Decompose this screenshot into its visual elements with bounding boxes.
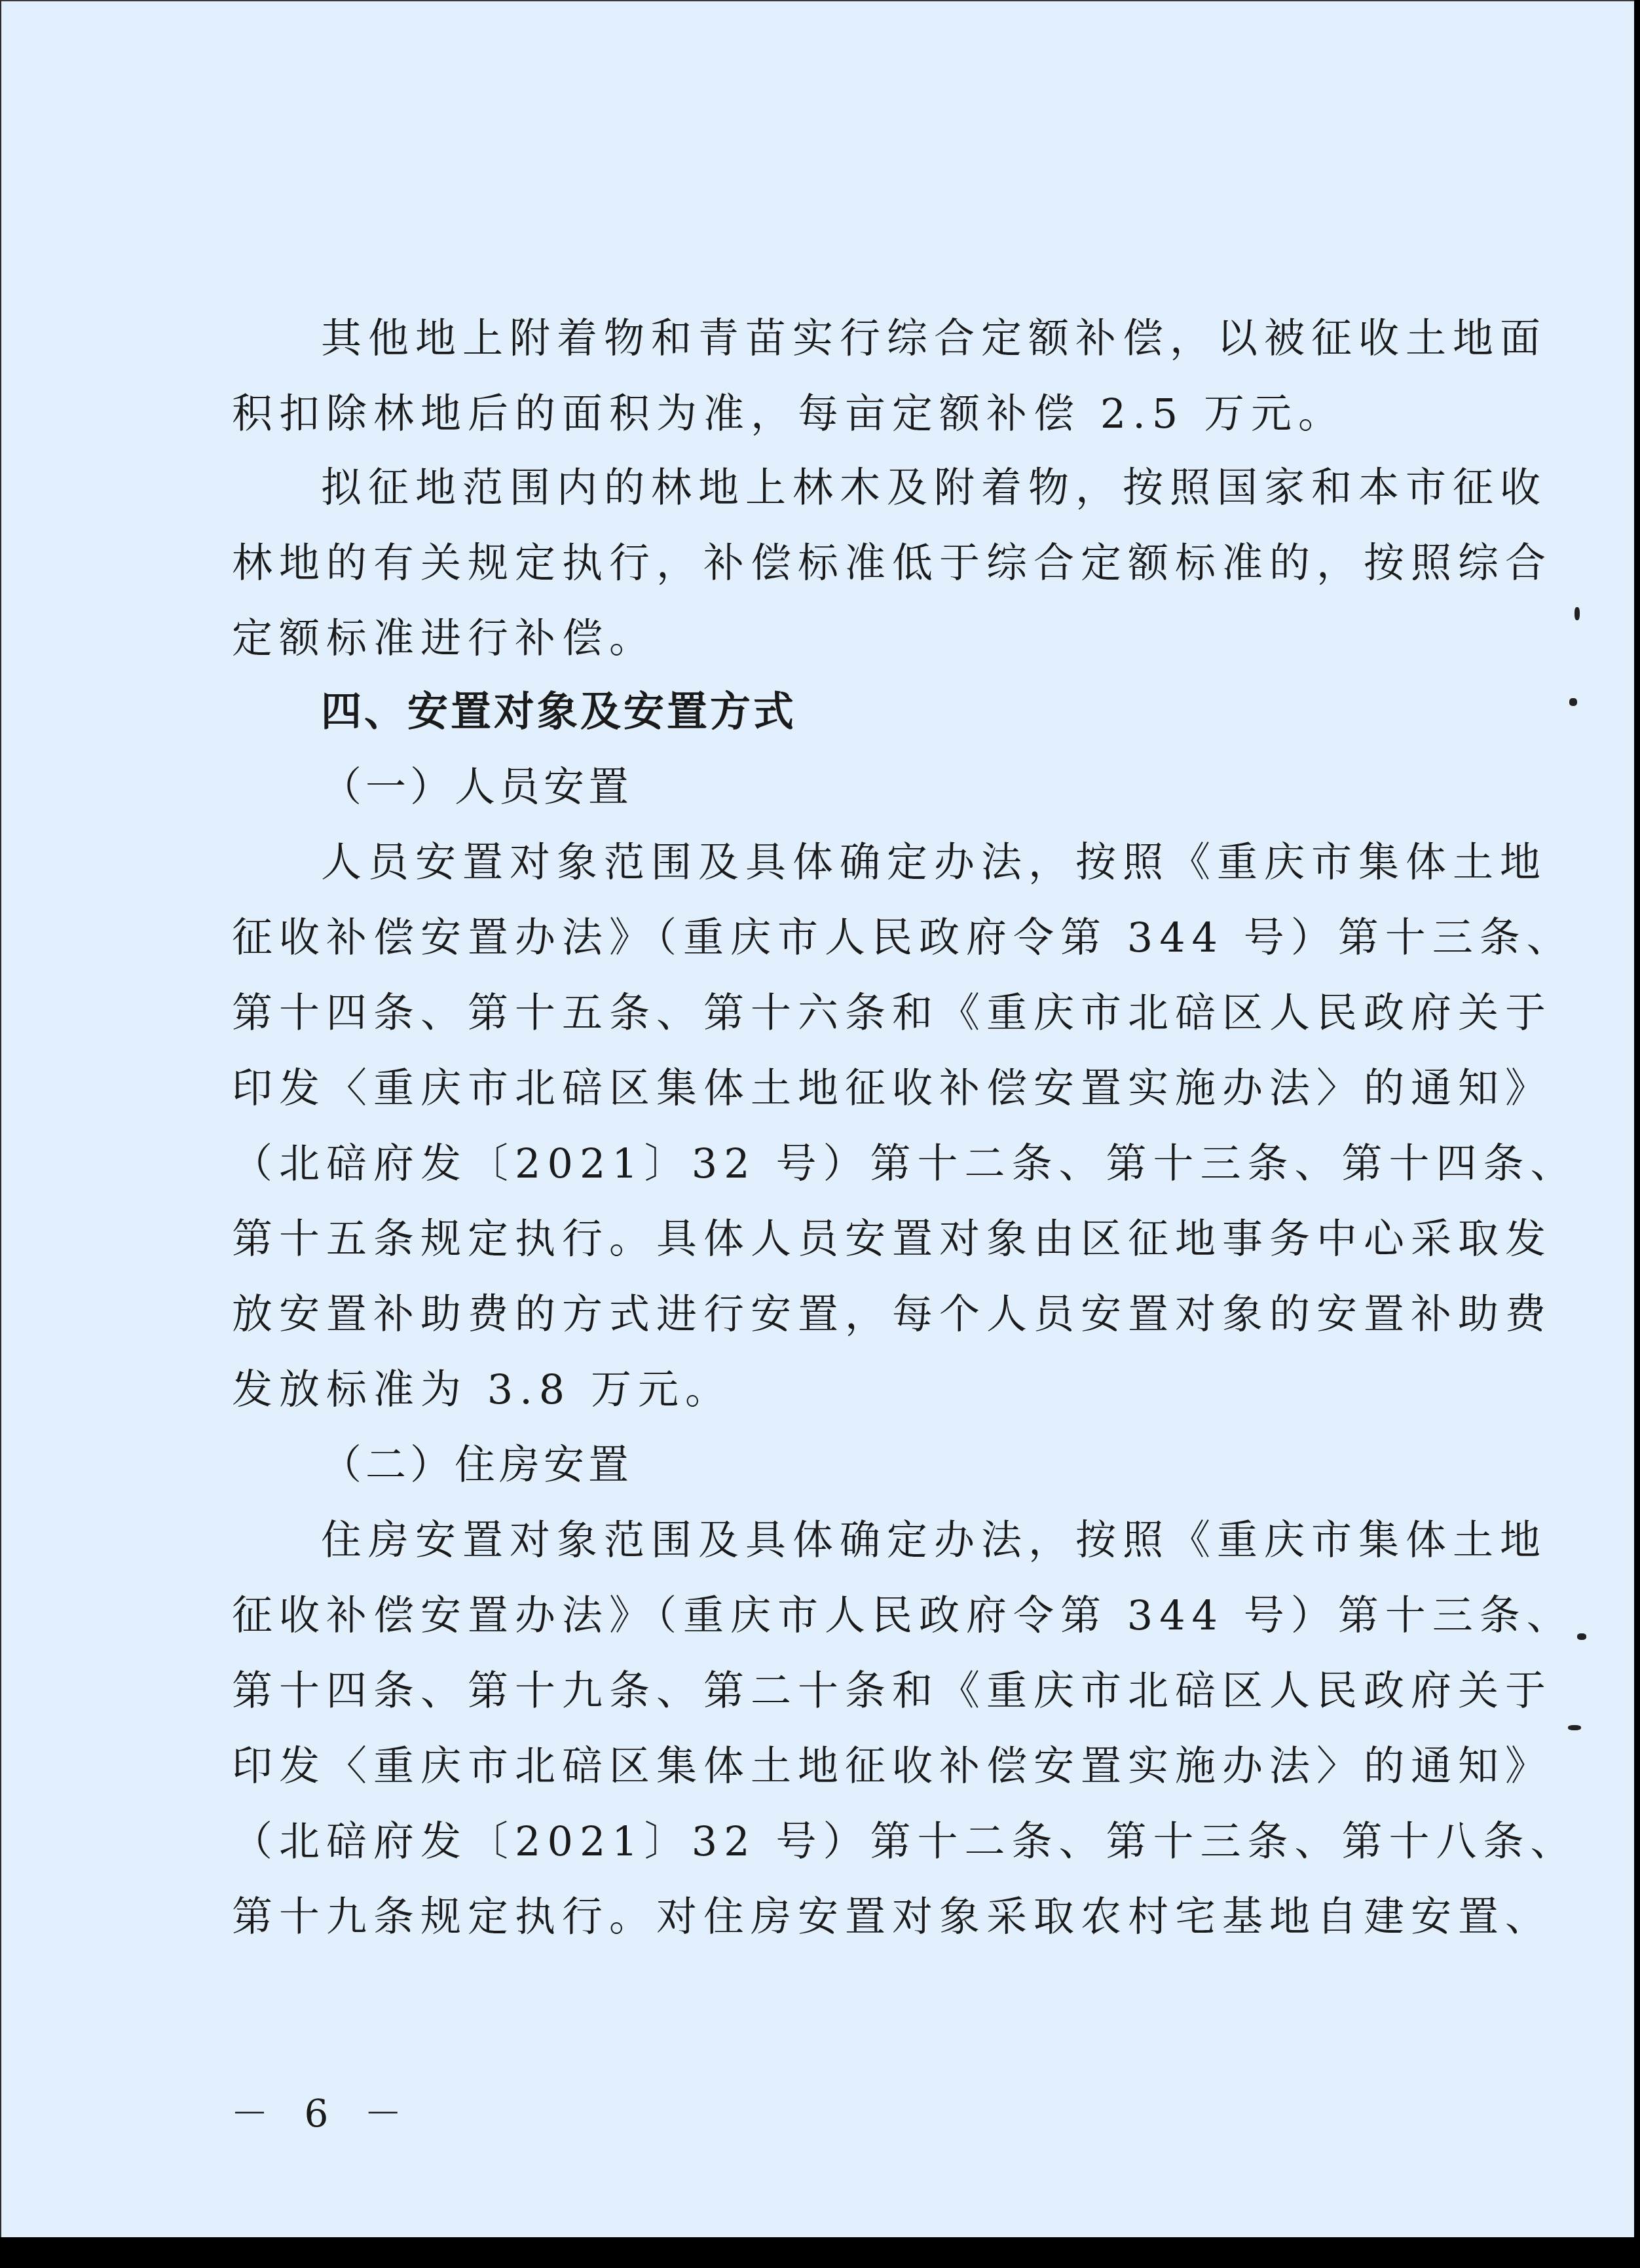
paragraph-2-line-2: 林地的有关规定执行，补偿标准低于综合定额标准的，按照综合 [232,537,1437,589]
housing-line-4: 印发〈重庆市北碚区集体土地征收补偿安置实施办法〉的通知》 [232,1740,1437,1793]
scan-artifact [1568,1725,1581,1730]
paragraph-2-line-1: 拟征地范围内的林地上林木及附着物，按照国家和本市征收 [321,462,1437,514]
personnel-line-1: 人员安置对象范围及具体确定办法，按照《重庆市集体土地 [321,836,1437,889]
personnel-line-2: 征收补偿安置办法》（重庆市人民政府令第 344 号）第十三条、 [232,912,1437,964]
section-heading: 四、安置对象及安置方式 [321,686,1526,738]
paragraph-1-line-1: 其他地上附着物和青苗实行综合定额补偿，以被征收土地面 [321,312,1437,365]
subsection-heading-personnel: （一）人员安置 [321,761,1526,813]
paragraph-1-line-2: 积扣除林地后的面积为准，每亩定额补偿 2.5 万元。 [232,388,1437,440]
paragraph-2-line-3: 定额标准进行补偿。 [232,612,1437,665]
personnel-line-3: 第十四条、第十五条、第十六条和《重庆市北碚区人民政府关于 [232,987,1437,1039]
personnel-line-5: （北碚府发〔2021〕32 号）第十二条、第十三条、第十四条、 [232,1138,1437,1190]
housing-line-3: 第十四条、第十九条、第二十条和《重庆市北碚区人民政府关于 [232,1665,1437,1717]
page-number: － 6 － [231,2091,414,2136]
scan-artifact [1577,1633,1586,1640]
scan-edge-right [1634,0,1640,2268]
scan-artifact [1575,607,1580,620]
housing-line-1: 住房安置对象范围及具体确定办法，按照《重庆市集体土地 [321,1514,1437,1567]
scan-artifact [1569,698,1577,706]
housing-line-5: （北碚府发〔2021〕32 号）第十二条、第十三条、第十八条、 [232,1815,1437,1868]
personnel-line-8: 发放标准为 3.8 万元。 [232,1364,1437,1416]
personnel-line-6: 第十五条规定执行。具体人员安置对象由区征地事务中心采取发 [232,1213,1437,1265]
housing-line-2: 征收补偿安置办法》（重庆市人民政府令第 344 号）第十三条、 [232,1589,1437,1642]
subsection-heading-housing: （二）住房安置 [321,1439,1526,1491]
document-page: 其他地上附着物和青苗实行综合定额补偿，以被征收土地面 积扣除林地后的面积为准，每… [0,0,1634,2237]
personnel-line-4: 印发〈重庆市北碚区集体土地征收补偿安置实施办法〉的通知》 [232,1062,1437,1115]
scan-edge-bottom [0,2237,1640,2268]
housing-line-6: 第十九条规定执行。对住房安置对象采取农村宅基地自建安置、 [232,1891,1437,1943]
personnel-line-7: 放安置补助费的方式进行安置，每个人员安置对象的安置补助费 [232,1288,1437,1341]
